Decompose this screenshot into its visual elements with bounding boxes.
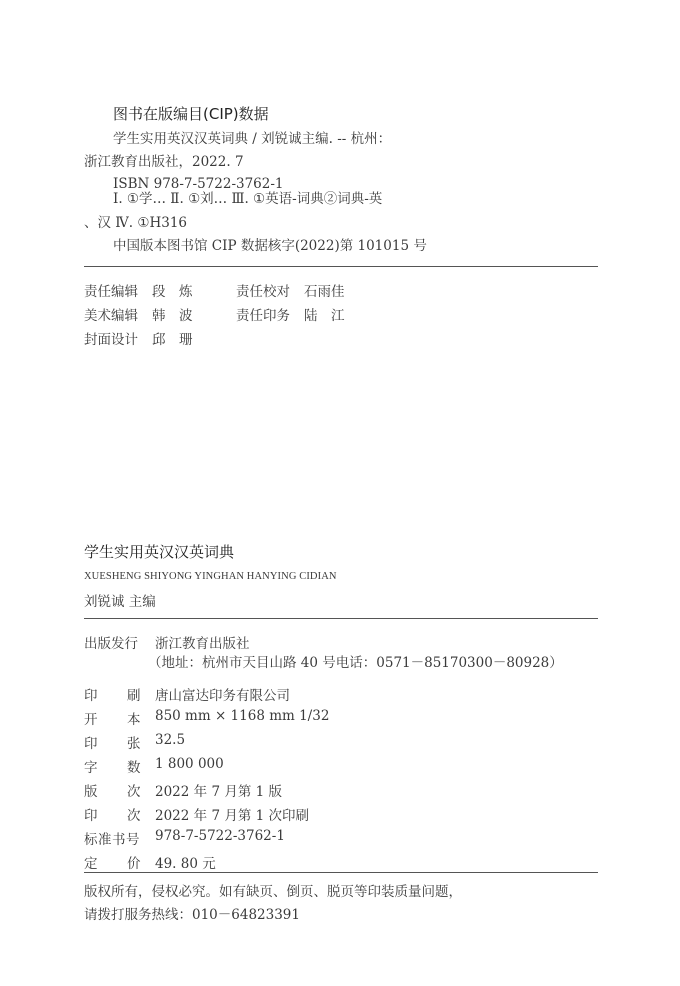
spec-label: 数 [127, 756, 141, 776]
spec-label: 版 [84, 780, 98, 800]
publisher-address: （地址：杭州市天目山路 40 号电话：0571－85170300－80928） [148, 655, 563, 671]
spec-label: 定 [84, 852, 98, 872]
cip-number: 中国版本图书馆 CIP 数据核字(2022)第 101015 号 [113, 238, 427, 254]
credit-role: 美术编辑 [84, 304, 138, 324]
credit-name: 陆 江 [304, 304, 345, 324]
publisher-name: 浙江教育出版社 [155, 632, 250, 652]
publisher-label: 出版发行 [84, 632, 138, 652]
spec-value: 32.5 [155, 732, 185, 748]
credit-role: 责任校对 [236, 280, 290, 300]
cip-line-1: 学生实用英汉汉英词典 / 刘锐诚主编. -- 杭州： [113, 131, 391, 147]
divider-1 [84, 266, 598, 267]
divider-3 [84, 872, 598, 873]
cip-isbn: ISBN 978-7-5722-3762-1 [113, 176, 284, 192]
service-hotline: 请拨打服务热线：010－64823391 [84, 907, 300, 923]
book-editor: 刘锐诚 主编 [84, 594, 156, 610]
divider-2 [84, 618, 598, 619]
spec-label: 印 [84, 804, 98, 824]
credit-name: 韩 波 [152, 304, 193, 324]
spec-value: 850 mm × 1168 mm 1/32 [155, 708, 329, 724]
spec-value: 2022 年 7 月第 1 次印刷 [155, 804, 309, 824]
credit-name: 石雨佳 [304, 280, 345, 300]
spec-label: 价 [127, 852, 141, 872]
spec-value: 978-7-5722-3762-1 [155, 828, 285, 844]
book-title: 学生实用英汉汉英词典 [84, 541, 234, 562]
spec-label: 印 [84, 732, 98, 752]
copyright-notice: 版权所有，侵权必究。如有缺页、倒页、脱页等印装质量问题， [84, 884, 462, 900]
credit-role: 责任编辑 [84, 280, 138, 300]
credit-role: 责任印务 [236, 304, 290, 324]
spec-label: 刷 [127, 684, 141, 704]
spec-label: 张 [127, 732, 141, 752]
credit-role: 封面设计 [84, 328, 138, 348]
credit-name: 邱 珊 [152, 328, 193, 348]
cip-classification-2: 、汉 Ⅳ. ①H316 [84, 215, 187, 231]
spec-label: 标准书号 [84, 828, 140, 848]
spec-value: 唐山富达印务有限公司 [155, 684, 290, 704]
spec-label: 本 [127, 708, 141, 728]
cip-line-2: 浙江教育出版社，2022. 7 [84, 154, 244, 170]
spec-label: 次 [127, 780, 141, 800]
cip-classification-1: Ⅰ. ①学… Ⅱ. ①刘… Ⅲ. ①英语-词典②词典-英 [113, 191, 382, 207]
spec-value: 1 800 000 [155, 756, 224, 772]
spec-value: 49. 80 元 [155, 852, 216, 872]
credit-name: 段 炼 [152, 280, 193, 300]
spec-label: 印 [84, 684, 98, 704]
spec-value: 2022 年 7 月第 1 版 [155, 780, 282, 800]
cip-title: 图书在版编目(CIP)数据 [113, 103, 269, 124]
book-pinyin: XUESHENG SHIYONG YINGHAN HANYING CIDIAN [84, 571, 337, 582]
spec-label: 字 [84, 756, 98, 776]
spec-label: 开 [84, 708, 98, 728]
spec-label: 次 [127, 804, 141, 824]
